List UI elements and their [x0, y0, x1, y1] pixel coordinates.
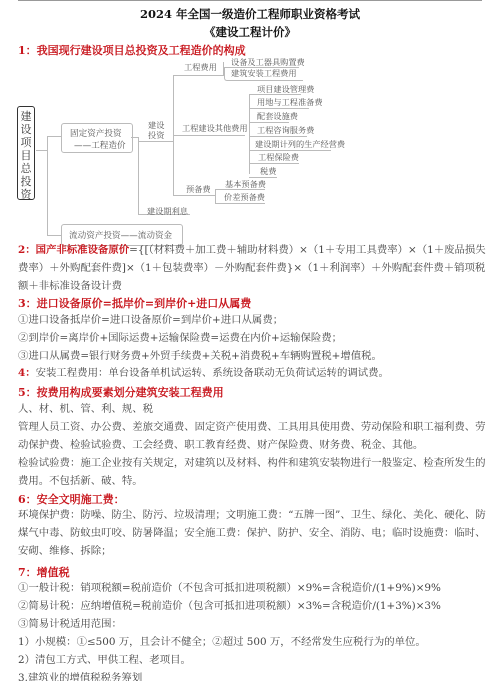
connector	[249, 108, 309, 109]
document-title: 2024 年全国一级造价工程师职业资格考试	[0, 6, 500, 22]
connector	[47, 235, 61, 236]
page-top-border	[18, 0, 482, 1]
connector	[131, 137, 138, 138]
connector	[249, 150, 331, 151]
root-label: 建设项目总投资	[20, 110, 32, 201]
connector	[173, 135, 245, 136]
section-3-item: ①进口设备抵岸价=进口设备原价=到岸价+进口从属费；	[18, 311, 486, 329]
section-2-paragraph: 2：国产非标准设备原价={[（材料费＋加工费＋辅助材料费）×（1＋专用工具费率）…	[18, 241, 486, 296]
connector	[138, 137, 139, 214]
section-5-management-fees: 管理人员工资、办公费、差旅交通费、固定资产使用费、工具用具使用费、劳动保险和职工…	[18, 418, 486, 454]
section-3-heading: 3：进口设备原价=抵岸价=到岸价+进口从属费	[18, 295, 251, 311]
engineering-cost-label: 工程费用	[184, 62, 217, 73]
other-cost-item: 配套设施费	[257, 111, 298, 122]
section-5-heading: 5：按费用构成要素划分建筑安装工程费用	[18, 384, 224, 400]
other-cost-item: 工程保险费	[258, 152, 299, 163]
section-7-heading: 7：增值税	[18, 564, 70, 580]
section-7-item: ①一般计税：销项税额=税前造价（不包含可抵扣进项税额）×9%=含税造价/(1+9…	[18, 579, 486, 597]
section-5-inspection-fee: 检验试验费：施工企业按有关规定，对建筑以及材料、构件和建筑安装物进行一般鉴定、检…	[18, 454, 486, 490]
section-7-item: ②简易计税：应纳增值税=税前造价（包含可抵扣进项税额）×3%=含税造价/(1+3…	[18, 597, 486, 615]
section-4-label: 4：	[18, 367, 36, 379]
construction-investment-label-2: 投资	[148, 130, 164, 141]
section-3-item: ②到岸价=离岸价+国际运费+运输保险费=运费在内价+运输保险费；	[18, 329, 486, 347]
connector	[249, 94, 301, 95]
connector	[47, 136, 61, 137]
other-cost-item: 税费	[260, 166, 276, 177]
section-2-label: 2：国产非标准设备原价	[18, 244, 129, 256]
connector	[249, 122, 289, 123]
connector	[173, 195, 215, 196]
connector	[138, 141, 172, 142]
reserve-fund-label: 预备费	[186, 184, 211, 195]
fixed-asset-label: 固定资产投资	[70, 127, 122, 139]
fixed-asset-investment-node: 固定资产投资 ——工程造价	[61, 123, 133, 153]
section-5-summary: 人、材、机、管、利、规、税	[18, 400, 486, 418]
document-subtitle: 《建设工程计价》	[0, 24, 500, 40]
section-6-heading: 6：安全文明施工费：	[18, 491, 125, 507]
connector	[249, 177, 277, 178]
other-cost-item: 建设期计列的生产经营费	[255, 139, 345, 150]
connector	[173, 75, 223, 76]
price-difference-reserve: 价差预备费	[224, 192, 265, 203]
section-6-text: 环境保护费：防噪、防尘、防污、垃圾清理；文明施工费：“五牌一图”、卫生、绿化、美…	[18, 506, 486, 561]
section-4-paragraph: 4：安装工程费用：单台设备单机试运转、系统设备联动无负荷试运转的调试费。	[18, 364, 486, 382]
section-7-item: 2）清包工方式、甲供工程、老项目。	[18, 651, 486, 669]
connector	[249, 136, 307, 137]
interest-during-construction: 建设期利息	[147, 206, 188, 217]
other-cost-item: 工程咨询服务费	[257, 125, 314, 136]
building-install-cost: 建筑安装工程费用	[231, 68, 297, 79]
building-install-node: 建筑安装工程费用	[224, 68, 303, 81]
connector	[215, 189, 265, 190]
other-construction-cost-label: 工程建设其他费用	[182, 123, 248, 134]
connector	[249, 163, 299, 164]
connector	[215, 189, 216, 203]
section-3-item: ③进口从属费=银行财务费+外贸手续费+关税+消费税+车辆购置税+增值税。	[18, 347, 486, 365]
connector	[249, 94, 250, 174]
connector	[47, 136, 48, 236]
section-1-heading: 1：我国现行建设项目总投资及工程造价的构成	[18, 42, 246, 58]
section-7-item: ③简易计税适用范围：	[18, 615, 486, 633]
diagram-root-node: 建设项目总投资	[17, 106, 35, 200]
working-capital-label: 流动资产投资——流动资金	[69, 229, 172, 241]
section-7-item: 1）小规模：①≤500 万，且会计不健全；②超过 500 万，不经常发生应税行为…	[18, 633, 486, 651]
other-cost-item: 用地与工程准备费	[257, 97, 323, 108]
connector	[215, 203, 265, 204]
project-cost-label: ——工程造价	[74, 139, 126, 151]
section-4-text: 安装工程费用：单台设备单机试运转、系统设备联动无负荷试运转的调试费。	[36, 367, 389, 379]
section-7-item: 3.建筑业的增值税税务筹划	[18, 669, 486, 681]
